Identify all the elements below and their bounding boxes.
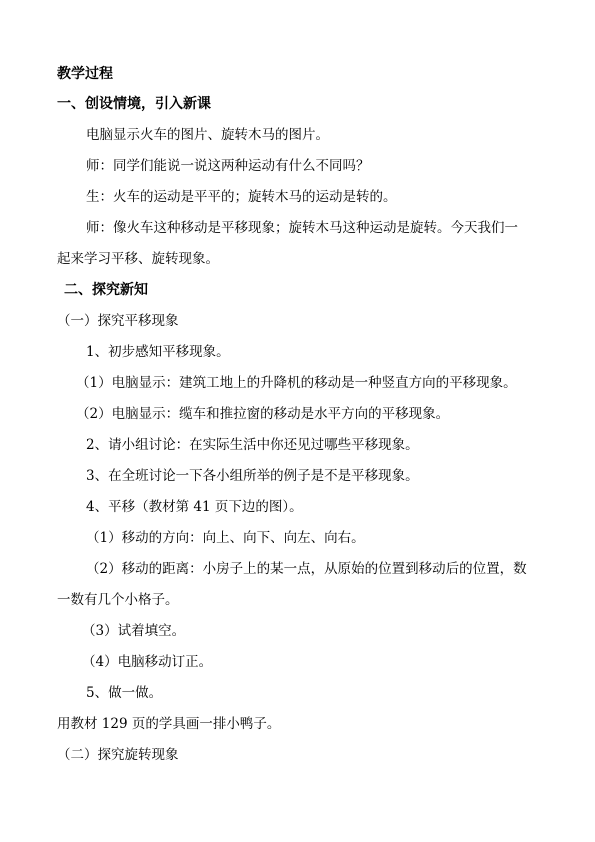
list-item: 5、做一做。 <box>86 685 162 701</box>
paragraph: 电脑显示火车的图片、旋转木马的图片。 <box>86 127 329 143</box>
list-item: 3、在全班讨论一下各小组所举的例子是不是平移现象。 <box>86 468 419 484</box>
paragraph: 师：同学们能说一说这两种运动有什么不同吗？ <box>86 158 370 174</box>
list-item: （2）移动的距离：小房子上的某一点，从原始的位置到移动后的位置，数 <box>86 561 527 577</box>
list-item: （4）电脑移动订正。 <box>82 654 212 670</box>
list-item: （2）电脑显示：缆车和推拉窗的移动是水平方向的平移现象。 <box>76 406 449 422</box>
document-title: 教学过程 <box>57 66 113 82</box>
document-page: 教学过程 一、创设情境，引入新课 电脑显示火车的图片、旋转木马的图片。 师：同学… <box>0 0 595 842</box>
list-item: 用教材 129 页的学具画一排小鸭子。 <box>57 716 280 732</box>
paragraph: 师：像火车这种移动是平移现象；旋转木马这种运动是旋转。今天我们一 <box>86 220 518 236</box>
list-item: （3）试着填空。 <box>82 623 185 639</box>
list-item: 一数有几个小格子。 <box>57 592 179 608</box>
subsection-heading: （二）探究旋转现象 <box>57 747 179 763</box>
subsection-heading: （一）探究平移现象 <box>57 313 179 329</box>
list-item: （1）电脑显示：建筑工地上的升降机的移动是一种竖直方向的平移现象。 <box>76 375 517 391</box>
paragraph: 起来学习平移、旋转现象。 <box>57 251 219 267</box>
paragraph: 生：火车的运动是平平的；旋转木马的运动是转的。 <box>86 189 397 205</box>
list-item: 4、平移（教材第 41 页下边的图）。 <box>86 499 303 515</box>
section-2-heading: 二、探究新知 <box>64 282 148 298</box>
list-item: 2、请小组讨论：在实际生活中你还见过哪些平移现象。 <box>86 437 419 453</box>
list-item: （1）移动的方向：向上、向下、向左、向右。 <box>86 530 365 546</box>
section-1-heading: 一、创设情境，引入新课 <box>57 96 211 112</box>
list-item: 1、初步感知平移现象。 <box>86 344 230 360</box>
